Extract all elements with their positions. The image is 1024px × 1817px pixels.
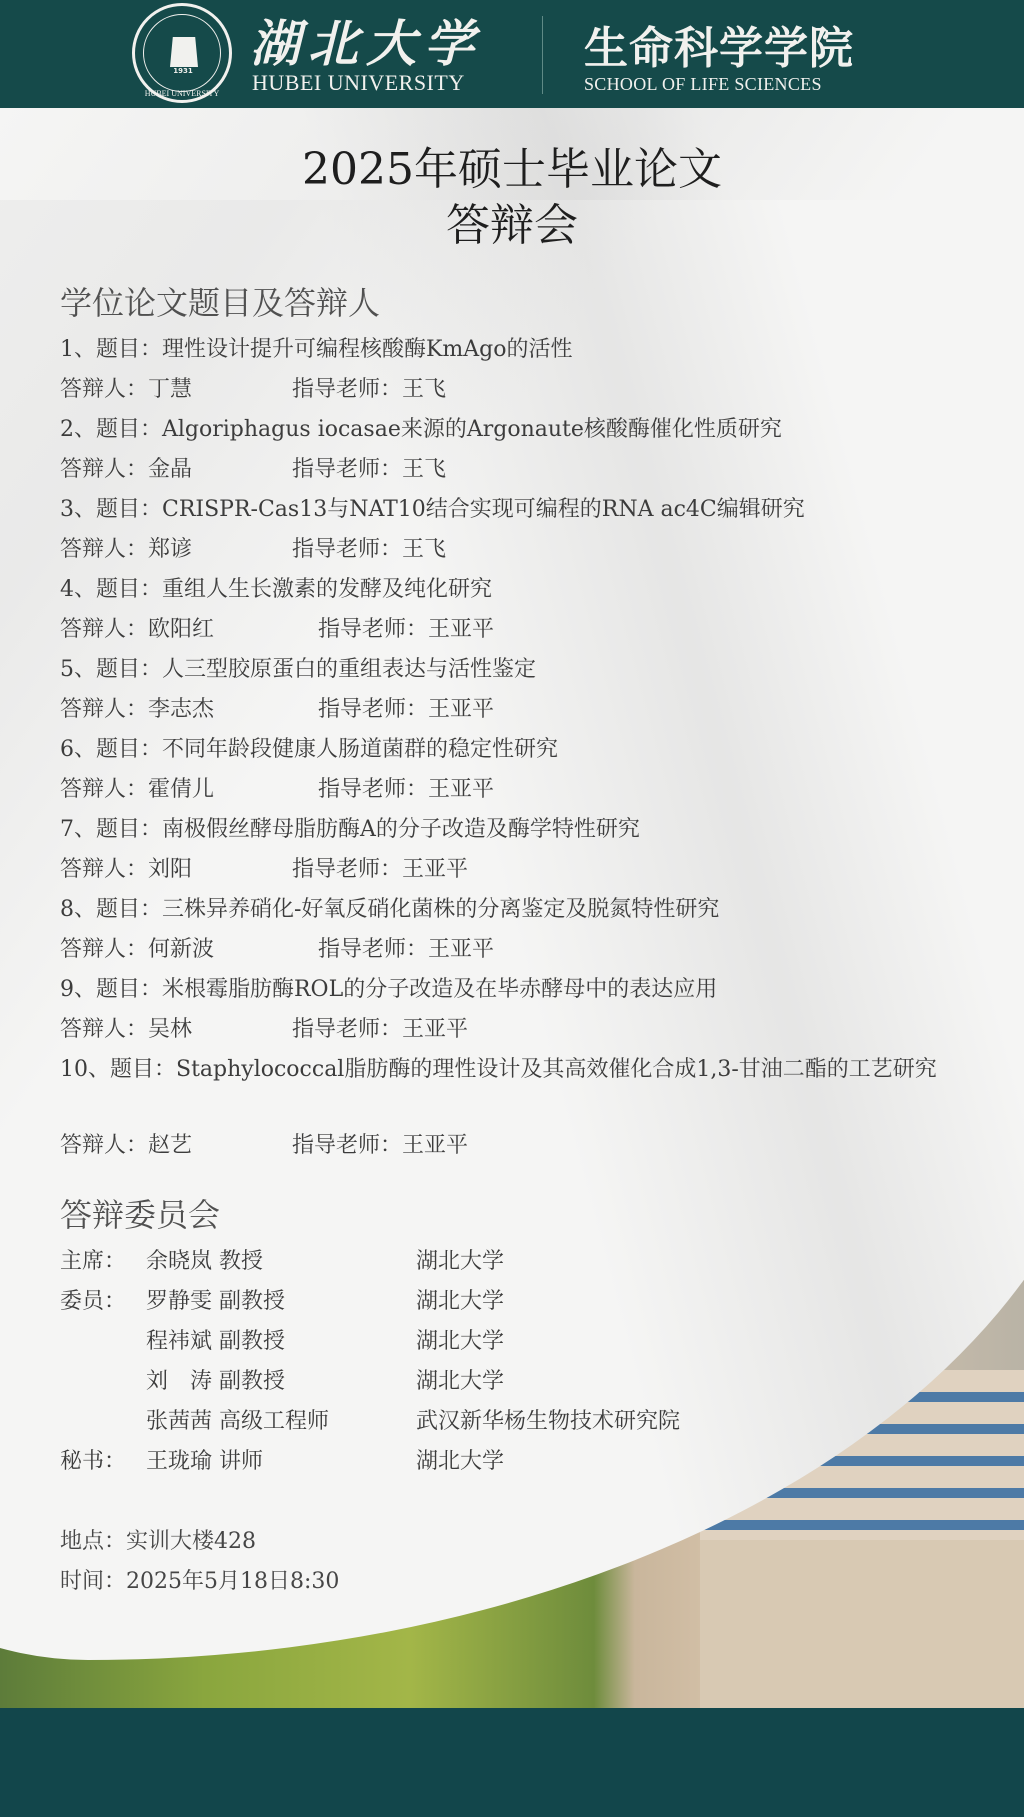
advisor-name: 指导老师：王亚平 — [318, 932, 494, 963]
thesis-defender: 答辩人：金晶指导老师：王飞 — [60, 452, 192, 483]
thesis-defender: 答辩人：吴林指导老师：王亚平 — [60, 1012, 192, 1043]
committee-member-org: 湖北大学 — [416, 1444, 504, 1475]
school-name-cn: 生命科学学院 — [584, 12, 854, 76]
thesis-defender: 答辩人：刘阳指导老师：王亚平 — [60, 852, 192, 883]
thesis-topic: 3、题目：CRISPR-Cas13与NAT10结合实现可编程的RNA ac4C编… — [60, 492, 805, 523]
header-banner: 1931 HUBEI UNIVERSITY 湖北大学 HUBEI UNIVERS… — [0, 0, 1024, 108]
thesis-defender: 答辩人：郑谚指导老师：王飞 — [60, 532, 192, 563]
committee-member-name: 刘 涛 副教授 — [146, 1364, 285, 1395]
committee-member-org: 湖北大学 — [416, 1364, 504, 1395]
header-divider — [542, 16, 543, 94]
committee-member-org: 湖北大学 — [416, 1284, 504, 1315]
thesis-topic: 7、题目：南极假丝酵母脂肪酶A的分子改造及酶学特性研究 — [60, 812, 640, 843]
university-name-en: HUBEI UNIVERSITY — [252, 70, 465, 96]
university-name-cn: 湖北大学 — [250, 4, 482, 76]
student-name: 答辩人：赵艺 — [60, 1133, 192, 1158]
student-name: 答辩人：金晶 — [60, 457, 192, 482]
committee-member-name: 余晓岚 教授 — [146, 1244, 263, 1275]
advisor-name: 指导老师：王亚平 — [318, 772, 494, 803]
seal-year: 1931 — [144, 67, 222, 75]
committee-role: 委员： — [60, 1284, 126, 1315]
committee-member-name: 罗静雯 副教授 — [146, 1284, 285, 1315]
thesis-topic: 5、题目：人三型胶原蛋白的重组表达与活性鉴定 — [60, 652, 536, 683]
event-location: 地点：实训大楼428 — [60, 1524, 256, 1555]
advisor-name: 指导老师：王飞 — [292, 452, 446, 483]
advisor-name: 指导老师：王亚平 — [318, 612, 494, 643]
thesis-topic: 6、题目：不同年龄段健康人肠道菌群的稳定性研究 — [60, 732, 558, 763]
student-name: 答辩人：吴林 — [60, 1017, 192, 1042]
advisor-name: 指导老师：王飞 — [292, 372, 446, 403]
footer-band — [0, 1708, 1024, 1817]
thesis-defender: 答辩人：丁慧指导老师：王飞 — [60, 372, 192, 403]
thesis-topic: 2、题目：Algoriphagus iocasae来源的Argonaute核酸酶… — [60, 412, 782, 443]
campus-annex-image — [700, 1540, 1024, 1708]
thesis-topic: 1、题目：理性设计提升可编程核酸酶KmAgo的活性 — [60, 332, 573, 363]
thesis-defender: 答辩人：李志杰指导老师：王亚平 — [60, 692, 214, 723]
committee-member-name: 程祎斌 副教授 — [146, 1324, 285, 1355]
thesis-topic: 10、题目：Staphylococcal脂肪酶的理性设计及其高效催化合成1,3-… — [60, 1052, 960, 1088]
thesis-defender: 答辩人：霍倩儿指导老师：王亚平 — [60, 772, 214, 803]
student-name: 答辩人：欧阳红 — [60, 617, 214, 642]
seal-book-icon — [170, 37, 198, 67]
student-name: 答辩人：霍倩儿 — [60, 777, 214, 802]
thesis-topic: 8、题目：三株异养硝化-好氧反硝化菌株的分离鉴定及脱氮特性研究 — [60, 892, 719, 923]
thesis-defender: 答辩人：欧阳红指导老师：王亚平 — [60, 612, 214, 643]
school-name-en: SCHOOL OF LIFE SCIENCES — [584, 74, 822, 95]
poster-title-line1: 2025年硕士毕业论文 — [0, 142, 1024, 198]
student-name: 答辩人：李志杰 — [60, 697, 214, 722]
committee-heading: 答辩委员会 — [60, 1190, 220, 1236]
advisor-name: 指导老师：王亚平 — [292, 1012, 468, 1043]
thesis-defender: 答辩人：何新波指导老师：王亚平 — [60, 932, 214, 963]
thesis-topic: 4、题目：重组人生长激素的发酵及纯化研究 — [60, 572, 492, 603]
advisor-name: 指导老师：王亚平 — [292, 852, 468, 883]
committee-role: 主席： — [60, 1244, 126, 1275]
committee-role: 秘书： — [60, 1444, 126, 1475]
committee-member-org: 武汉新华杨生物技术研究院 — [416, 1404, 680, 1435]
thesis-topic: 9、题目：米根霉脂肪酶ROL的分子改造及在毕赤酵母中的表达应用 — [60, 972, 717, 1003]
student-name: 答辩人：丁慧 — [60, 377, 192, 402]
student-name: 答辩人：何新波 — [60, 937, 214, 962]
seal-ring-text: HUBEI UNIVERSITY — [135, 89, 229, 98]
university-seal-icon: 1931 HUBEI UNIVERSITY — [132, 3, 232, 103]
committee-member-org: 湖北大学 — [416, 1244, 504, 1275]
poster-title-line2: 答辩会 — [0, 198, 1024, 254]
thesis-defender: 答辩人：赵艺指导老师：王亚平 — [60, 1128, 192, 1159]
student-name: 答辩人：刘阳 — [60, 857, 192, 882]
event-time: 时间：2025年5月18日8:30 — [60, 1564, 339, 1595]
advisor-name: 指导老师：王飞 — [292, 532, 446, 563]
student-name: 答辩人：郑谚 — [60, 537, 192, 562]
advisor-name: 指导老师：王亚平 — [292, 1128, 468, 1159]
theses-section-heading: 学位论文题目及答辩人 — [60, 278, 380, 324]
committee-member-name: 王珑瑜 讲师 — [146, 1444, 263, 1475]
advisor-name: 指导老师：王亚平 — [318, 692, 494, 723]
seal-inner-ring: 1931 — [143, 14, 221, 92]
committee-member-name: 张茜茜 高级工程师 — [146, 1404, 329, 1435]
committee-member-org: 湖北大学 — [416, 1324, 504, 1355]
